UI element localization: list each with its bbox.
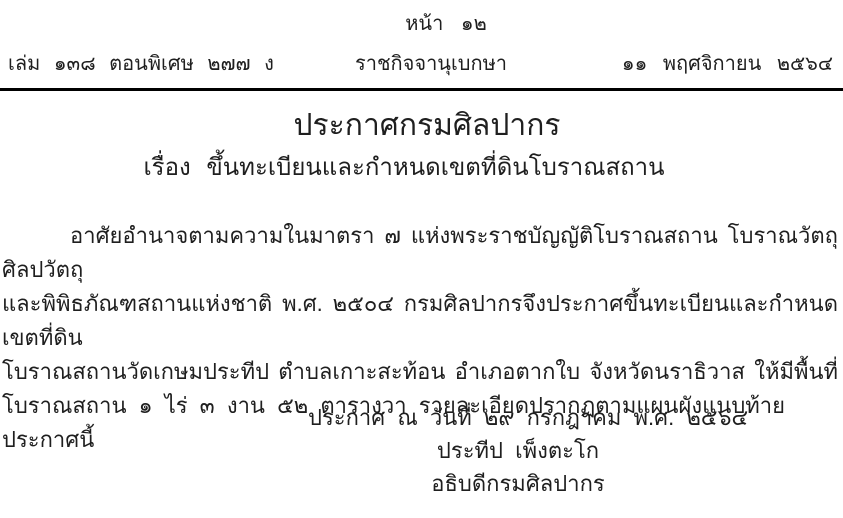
paragraph-line: โบราณสถานวัดเกษมประทีป ตำบลเกาะสะท้อน อำ… [2, 355, 838, 389]
announcement-title: ประกาศกรมศิลปากร [294, 104, 561, 148]
signer-title: อธิบดีกรมศิลปากร [308, 467, 728, 500]
paragraph-line: อาศัยอำนาจตามความในมาตรา ๗ แห่งพระราชบัญ… [2, 219, 838, 287]
signoff-date-line: ประกาศ ณ วันที่ ๒๙ กรกฎาคม พ.ศ. ๒๕๖๔ [308, 401, 728, 434]
page-number-label: หน้า ๑๒ [405, 11, 487, 38]
publication-date: ๑๑ พฤศจิกายน ๒๕๖๔ [622, 50, 833, 78]
volume-issue-label: เล่ม ๑๓๘ ตอนพิเศษ ๒๗๗ ง [8, 50, 274, 78]
announcement-subject: เรื่อง ขึ้นทะเบียนและกำหนดเขตที่ดินโบราณ… [143, 150, 664, 186]
gazette-name: ราชกิจจานุเบกษา [355, 50, 507, 78]
signer-name: ประทีป เพ็งตะโก [308, 434, 728, 467]
gazette-page: หน้า ๑๒ เล่ม ๑๓๘ ตอนพิเศษ ๒๗๗ ง ราชกิจจา… [0, 0, 843, 518]
gazette-header: เล่ม ๑๓๘ ตอนพิเศษ ๒๗๗ ง ราชกิจจานุเบกษา … [0, 50, 843, 80]
header-rule [0, 88, 843, 91]
paragraph-line: และพิพิธภัณฑสถานแห่งชาติ พ.ศ. ๒๕๐๔ กรมศิ… [2, 287, 838, 355]
signoff-block: ประกาศ ณ วันที่ ๒๙ กรกฎาคม พ.ศ. ๒๕๖๔ ประ… [308, 401, 728, 500]
